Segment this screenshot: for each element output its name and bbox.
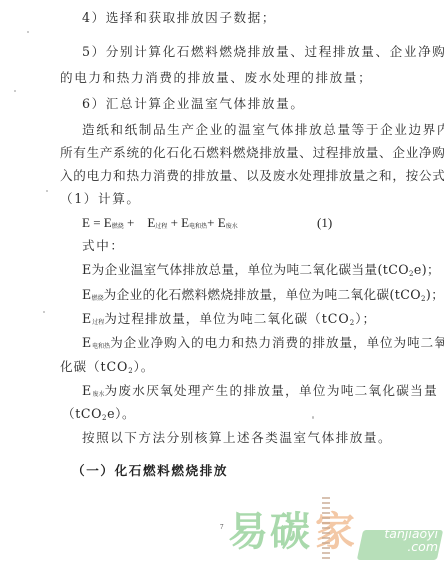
watermark-char-yi: 易 [228,512,268,552]
definition-e-electricity-heat: E电和热为企业净购入的电力和热力消费的排放量，单位为吨二氧 [82,335,444,355]
equation-number: (1) [317,215,332,231]
closing-sentence: 按照以下方法分别核算上述各类温室气体排放量。 [82,430,392,446]
step-5: 5）分别计算化石燃料燃烧排放量、过程排放量、企业净购入 [82,44,444,60]
definition-e-total: E为企业温室气体排放总量，单位为吨二氧化碳当量(tCO2e)； [82,262,440,282]
scan-speck [43,311,45,313]
definition-e-combustion: E燃烧为企业的化石燃料燃烧排放量，单位为吨二氧化碳(tCO2)； [82,287,444,307]
page-number: 7 [220,523,224,531]
watermark-char-jia: 家 [315,512,355,552]
scan-speck [14,90,16,92]
watermark-badge-text: tanjiaoyi .com [366,527,438,553]
paragraph-line-4: （1）计算。 [60,191,141,207]
watermark-char-tan: 碳 [270,512,310,552]
step-4: 4）选择和获取排放因子数据； [82,10,276,26]
definition-e-wastewater-continued: （tCO2e）。 [62,406,135,426]
scan-speck [27,31,29,33]
where-label: 式中： [82,238,125,254]
paragraph-line-3: 入的电力和热力消费的排放量、以及废水处理排放量之和，按公式 [60,168,444,184]
paragraph-line-2: 所有生产系统的化石化石燃料燃烧排放量、过程排放量、企业净购 [60,145,444,161]
step-5-continued: 的电力和热力消费的排放量、废水处理的排放量； [60,70,372,86]
section-heading: （一）化石燃料燃烧排放 [72,460,228,479]
definition-e-wastewater: E废水为废水厌氧处理产生的排放量，单位为吨二氧化碳当量 [82,383,438,403]
formula: E = E燃烧 + E过程 + E电和热+ E废水 [82,215,238,235]
scan-speck [312,416,314,419]
scan-speck [46,190,48,192]
step-6: 6）汇总计算企业温室气体排放量。 [82,96,305,112]
definition-e-electricity-heat-continued: 化碳（tCO2）。 [60,359,154,379]
paragraph-line-1: 造纸和纸制品生产企业的温室气体排放总量等于企业边界内 [82,122,444,138]
definition-e-process: E过程为过程排放量，单位为吨二氧化碳（tCO2）； [82,311,376,331]
scan-scratch [322,497,330,559]
